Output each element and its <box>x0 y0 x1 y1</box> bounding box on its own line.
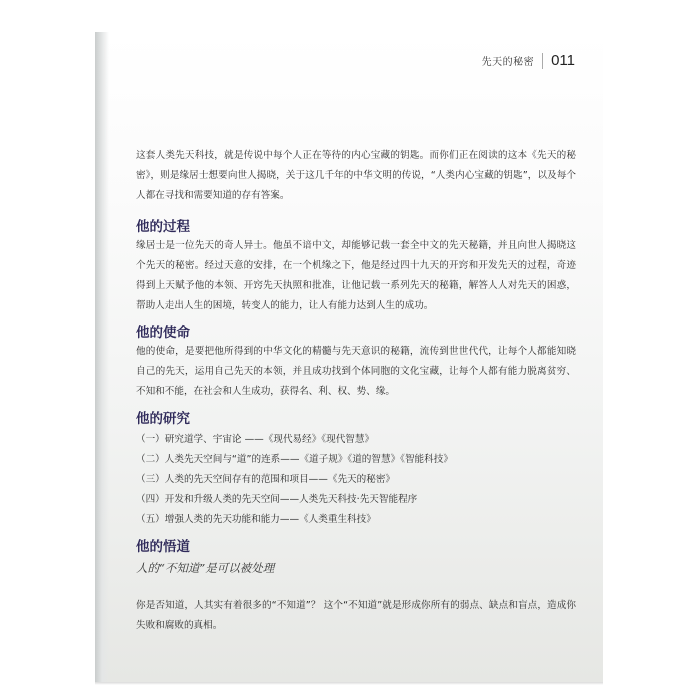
section-paragraph: 缘居士是一位先天的奇人异士。他虽不谙中文，却能够记载一套全中文的先天秘籍，并且向… <box>136 236 576 316</box>
intro-paragraph: 这套人类先天科技，就是传说中每个人正在等待的内心宝藏的钥匙。而你们正在阅读的这本… <box>136 146 576 206</box>
section-heading: 他的研究 <box>136 410 576 428</box>
list-item: （三）人类的先天空间存有的范围和项目——《先天的秘密》 <box>136 470 576 490</box>
section-research: 他的研究 （一）研究道学、宇宙论 ——《现代易经》《现代智慧》 （二）人类先天空… <box>136 410 576 530</box>
page-number: 011 <box>551 52 575 69</box>
section-heading: 他的使命 <box>136 324 576 342</box>
page-shadow <box>95 682 603 685</box>
running-head: 先天的秘密 011 <box>482 52 575 69</box>
section-paragraph: 你是否知道，人其实有着很多的“不知道”？ 这个“不知道”就是形成你所有的弱点、缺… <box>136 596 576 636</box>
list-item: （二）人类先天空间与“道”的连系——《道子规》《道的智慧》《智能科技》 <box>136 450 576 470</box>
divider <box>542 53 543 69</box>
page-content: 这套人类先天科技，就是传说中每个人正在等待的内心宝藏的钥匙。而你们正在阅读的这本… <box>136 146 576 636</box>
book-title: 先天的秘密 <box>482 53 535 68</box>
list-item: （四）开发和升级人类的先天空间——人类先天科技·先天智能程序 <box>136 490 576 510</box>
section-enlightenment: 他的悟道 人的“不知道”是可以被处理 你是否知道，人其实有着很多的“不知道”？ … <box>136 538 576 636</box>
section-subtitle: 人的“不知道”是可以被处理 <box>136 558 576 578</box>
list-item: （五）增强人类的先天功能和能力——《人类重生科技》 <box>136 510 576 530</box>
section-mission: 他的使命 他的使命，是要把他所得到的中华文化的精髓与先天意识的秘籍，流传到世世代… <box>136 324 576 402</box>
list-item: （一）研究道学、宇宙论 ——《现代易经》《现代智慧》 <box>136 430 576 450</box>
section-paragraph: 他的使命，是要把他所得到的中华文化的精髓与先天意识的秘籍，流传到世世代代，让每个… <box>136 342 576 402</box>
section-heading: 他的过程 <box>136 218 576 236</box>
research-list: （一）研究道学、宇宙论 ——《现代易经》《现代智慧》 （二）人类先天空间与“道”… <box>136 430 576 530</box>
book-page: 先天的秘密 011 这套人类先天科技，就是传说中每个人正在等待的内心宝藏的钥匙。… <box>95 32 603 682</box>
section-heading: 他的悟道 <box>136 538 576 556</box>
section-process: 他的过程 缘居士是一位先天的奇人异士。他虽不谙中文，却能够记载一套全中文的先天秘… <box>136 218 576 316</box>
